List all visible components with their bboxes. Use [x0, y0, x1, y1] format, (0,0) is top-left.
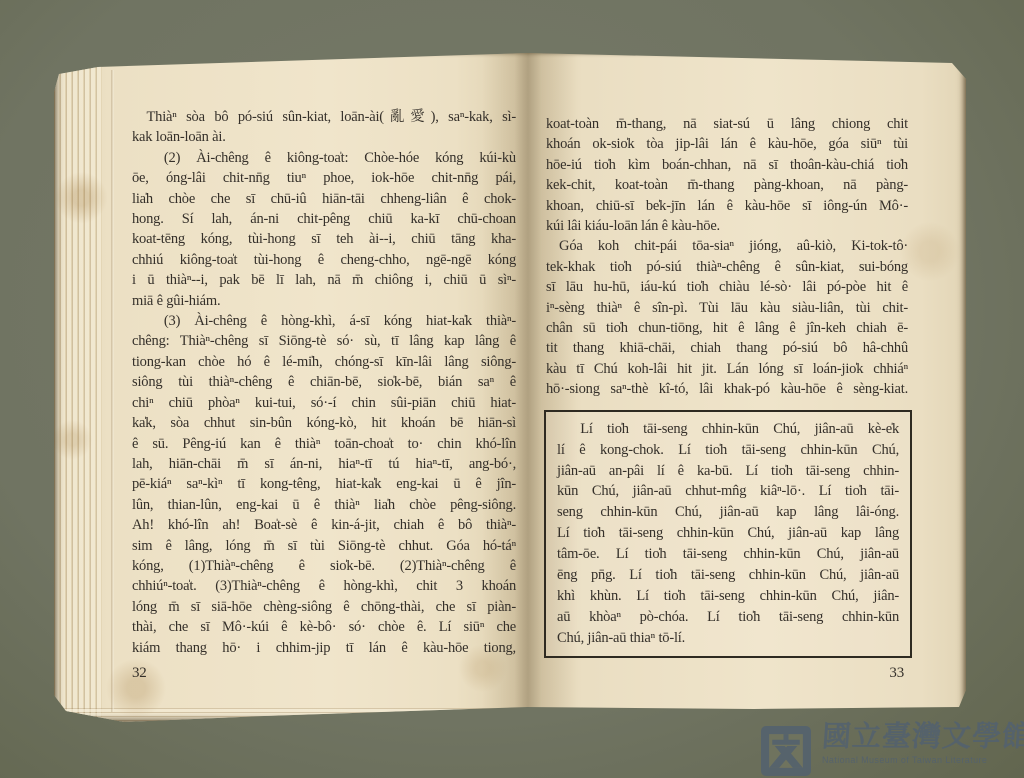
text-line: chhiúⁿ-toa̍t. (3)Thiàⁿ-chêng ê hòng-khì,… — [132, 576, 516, 596]
text-line: hōe-iú tio̍h kìm boán-chhan, nā sī thoân… — [546, 155, 908, 175]
right-page-number: 33 — [546, 663, 908, 683]
text-line: kàu tī Chú koh-lâi hit jit. Lán lóng sī … — [546, 359, 908, 379]
text-line: Lí tio̍h tāi-seng chhin-kūn Chú, jiân-aū… — [557, 523, 899, 544]
text-line: lia̍h chòe che sī chū-iû hiān-tāi chheng… — [132, 189, 516, 209]
text-line: khoán ok-sio̍k tòa jip-lâi lán ê kàu-hōe… — [546, 134, 908, 154]
text-line: kúi lâi kiáu-loān lán ê kàu-hōe. — [546, 216, 908, 236]
text-line: tit thang khiā-chāi, chiah thang pó-siú … — [546, 338, 908, 358]
text-line: tiong-kan chòe hó ê lé-mi̍h, chóng-sī kī… — [132, 352, 516, 372]
text-line: (2) Ài-chêng ê kiông-toa̍t: Chòe-hóe kón… — [132, 148, 516, 168]
text-line: ê sū. Pêng-iú kan ê thiàⁿ toān-choa̍t to… — [132, 434, 516, 454]
right-page-text: koat-toàn m̄-thang, nā siat-sú ū lâng ch… — [546, 114, 908, 683]
text-line: khì khùn. Lí tio̍h tāi-seng chhin-kūn Ch… — [557, 586, 899, 607]
watermark-text: 國立臺灣文學館 National Museum of Taiwan Litera… — [822, 720, 1024, 765]
text-line: siông tùi thiàⁿ-chêng ê chiān-bē, sio̍k-… — [132, 372, 516, 392]
page-stack-edge-left — [54, 66, 102, 722]
text-line: tâm-ōe. Lí tio̍h tāi-seng chhin-kūn Chú,… — [557, 544, 899, 565]
text-line: chêng: Thiàⁿ-chêng sī Siōng-tè só· sù, t… — [132, 331, 516, 351]
text-line: khoan, chiū-sī be̍k-jīn lán ê kàu-hōe sī… — [546, 196, 908, 216]
left-page-text: Thiàⁿ sòa bô pó-siú sûn-kiat, loān-ài(亂愛… — [132, 107, 516, 683]
text-line: hō·-siong saⁿ-thè kî-tó, lâi khak-pó kàu… — [546, 379, 908, 399]
text-line: ēng pn̄g. Lí tio̍h tāi-seng chhin-kūn Ch… — [557, 565, 899, 586]
text-line: lah, hiān-chāi m̄ sī án-ni, hiaⁿ-tī tú h… — [132, 454, 516, 474]
text-line: pē-kiáⁿ saⁿ-kìⁿ tī kong-têng, hiat-ka̍k … — [132, 474, 516, 494]
text-line: koat-tēng kóng, tùi-hong sī teh ài--i, c… — [132, 229, 516, 249]
text-line: lûn, thian-lûn, eng-kai ū ê thiàⁿ lia̍h … — [132, 495, 516, 515]
text-line: Thiàⁿ sòa bô pó-siú sûn-kiat, loān-ài(亂愛… — [132, 107, 516, 127]
text-line: miā ê gûi-hiám. — [132, 291, 516, 311]
photo-background: Thiàⁿ sòa bô pó-siú sûn-kiat, loān-ài(亂愛… — [0, 0, 1024, 778]
text-line: (3) Ài-chêng ê hòng-khì, á-sī kóng hiat-… — [132, 311, 516, 331]
quote-box-lines: Lí tio̍h tāi-seng chhin-kūn Chú, jiân-aū… — [557, 419, 899, 649]
text-line: koat-toàn m̄-thang, nā siat-sú ū lâng ch… — [546, 114, 908, 134]
text-line: Chú, jiân-aū thiaⁿ tō-lí. — [557, 628, 899, 649]
text-line: kak loān-loān ài. — [132, 127, 516, 147]
text-line: kiám thang hō· i chhim-jip tī lán ê kàu-… — [132, 638, 516, 658]
text-line: Lí tio̍h tāi-seng chhin-kūn Chú, jiân-aū… — [557, 419, 899, 440]
nmtl-logo-icon — [760, 726, 812, 776]
page-stack-edge-bottom — [58, 708, 528, 722]
text-line: hong. Sí lah, án-ni chit-pêng chiū ka-kī… — [132, 209, 516, 229]
text-line: lóng m̄ sī siā-hōe chèng-siông ê chōng-t… — [132, 597, 516, 617]
left-page-crease — [111, 70, 114, 712]
text-line: thài, che sī Mô·-kúi ê kè-bô· só· chòe ê… — [132, 617, 516, 637]
watermark: 國立臺灣文學館 National Museum of Taiwan Litera… — [760, 720, 1024, 778]
watermark-title: 國立臺灣文學館 — [822, 720, 1024, 754]
text-line: kūn Chú, jiân-aū chhut-mn̂g kiâⁿ-lō·. Lí… — [557, 481, 899, 502]
text-line: chiⁿ chiū phòaⁿ kui-tui, só·-í chin sûi-… — [132, 393, 516, 413]
right-page-lines: koat-toàn m̄-thang, nā siat-sú ū lâng ch… — [546, 114, 908, 400]
text-line: Ah! khó-lîn ah! Boa̍t-sè ê kin-á-jit, ch… — [132, 515, 516, 535]
text-line: jiân-aū an-pâi lí ê ka-bū. Lí tio̍h tāi-… — [557, 461, 899, 482]
text-line: chân sū tio̍h chun-tiōng, hit ê lâng ê j… — [546, 318, 908, 338]
text-line: Góa koh chit-pái tōa-siaⁿ jióng, aû-kiò,… — [546, 236, 908, 256]
text-line: ōe, óng-lâi chit-nn̄g tiuⁿ phoe, iok-hōe… — [132, 168, 516, 188]
text-line: ka̍k, sòa chhut sin-bûn kóng-kò, hit kho… — [132, 413, 516, 433]
text-line: tek-khak tio̍h pó-siú thiàⁿ-chêng ê sûn-… — [546, 257, 908, 277]
text-line: i ū thiàⁿ--i, pak bē lī lah, nā m̄ chiôn… — [132, 270, 516, 290]
left-page-lines: Thiàⁿ sòa bô pó-siú sûn-kiat, loān-ài(亂愛… — [132, 107, 516, 658]
text-line: sim ê lâng, lóng m̄ sī tùi Siōng-tè chhu… — [132, 536, 516, 556]
text-line: sī lāu hu-hū, iáu-kú tio̍h chiàu lé-sò· … — [546, 277, 908, 297]
text-line: iⁿ-sèng thiàⁿ ê sîn-pì. Tùi lāu kàu siàu… — [546, 298, 908, 318]
text-line: kek-chit, koat-toàn m̄-thang pàng-khoan,… — [546, 175, 908, 195]
quote-box: Lí tio̍h tāi-seng chhin-kūn Chú, jiân-aū… — [544, 410, 912, 658]
watermark-subtitle: National Museum of Taiwan Literature — [822, 755, 1024, 765]
text-line: seng chhin-kūn Chú, jiân-aū kap lâng lâi… — [557, 502, 899, 523]
text-line: aū khòaⁿ pò-chóa. Lí tio̍h tāi-seng chhi… — [557, 607, 899, 628]
text-line: chhiú kiông-toa̍t tùi-hong ê cheng-chho,… — [132, 250, 516, 270]
left-page-number: 32 — [132, 663, 516, 683]
open-book: Thiàⁿ sòa bô pó-siú sûn-kiat, loān-ài(亂愛… — [54, 50, 966, 722]
text-line: lí ê kong-chok. Lí tio̍h tāi-seng chhin-… — [557, 440, 899, 461]
text-line: kóng, (1)Thiàⁿ-chêng ê sio̍k-bē. (2)Thià… — [132, 556, 516, 576]
